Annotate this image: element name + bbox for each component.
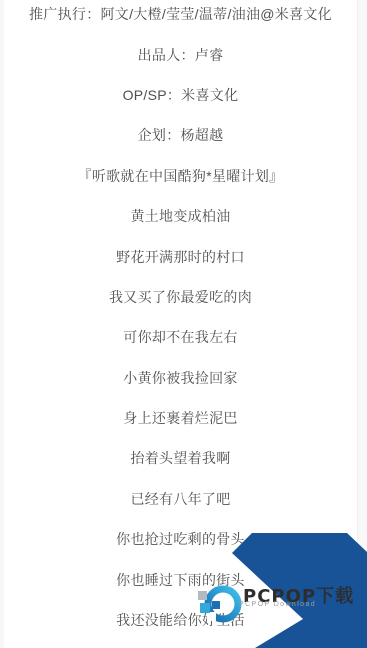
lyric-line: 小黄你被我捡回家: [4, 358, 357, 398]
lyric-line: 我又买了你最爱吃的肉: [4, 277, 357, 317]
lyric-line: 黄土地变成柏油: [4, 196, 357, 236]
lyric-line: 企划：杨超越: [4, 115, 357, 155]
logo-square-gray: [198, 591, 207, 600]
lyric-line: 抬着头望着我啊: [4, 438, 357, 478]
logo-square-blue: [212, 601, 220, 609]
logo-square-cyan: [200, 603, 210, 613]
logo-ring-gap: [207, 612, 216, 621]
lyric-line: 你也抢过吃剩的骨头: [4, 519, 357, 559]
lyric-line: 野花开满那时的村口: [4, 236, 357, 276]
lyric-line: 推广执行：阿文/大橙/莹莹/温蒂/油油@米喜文化: [4, 0, 357, 34]
watermark-subtitle: PCPOP Download: [239, 601, 316, 608]
lyric-line: 出品人：卢睿: [4, 34, 357, 74]
lyrics-list[interactable]: 推广执行：阿文/大橙/莹莹/温蒂/油油@米喜文化出品人：卢睿OP/SP：米喜文化…: [4, 0, 357, 640]
scrollbar-track[interactable]: [357, 0, 367, 648]
lyric-line: 可你却不在我左右: [4, 317, 357, 357]
lyrics-page: 推广执行：阿文/大橙/莹莹/温蒂/油油@米喜文化出品人：卢睿OP/SP：米喜文化…: [0, 0, 367, 648]
lyric-line: OP/SP：米喜文化: [4, 75, 357, 115]
lyric-line: 『听歌就在中国酷狗*星曜计划』: [4, 156, 357, 196]
lyric-line: 身上还裹着烂泥巴: [4, 398, 357, 438]
lyric-line: 已经有八年了吧: [4, 479, 357, 519]
